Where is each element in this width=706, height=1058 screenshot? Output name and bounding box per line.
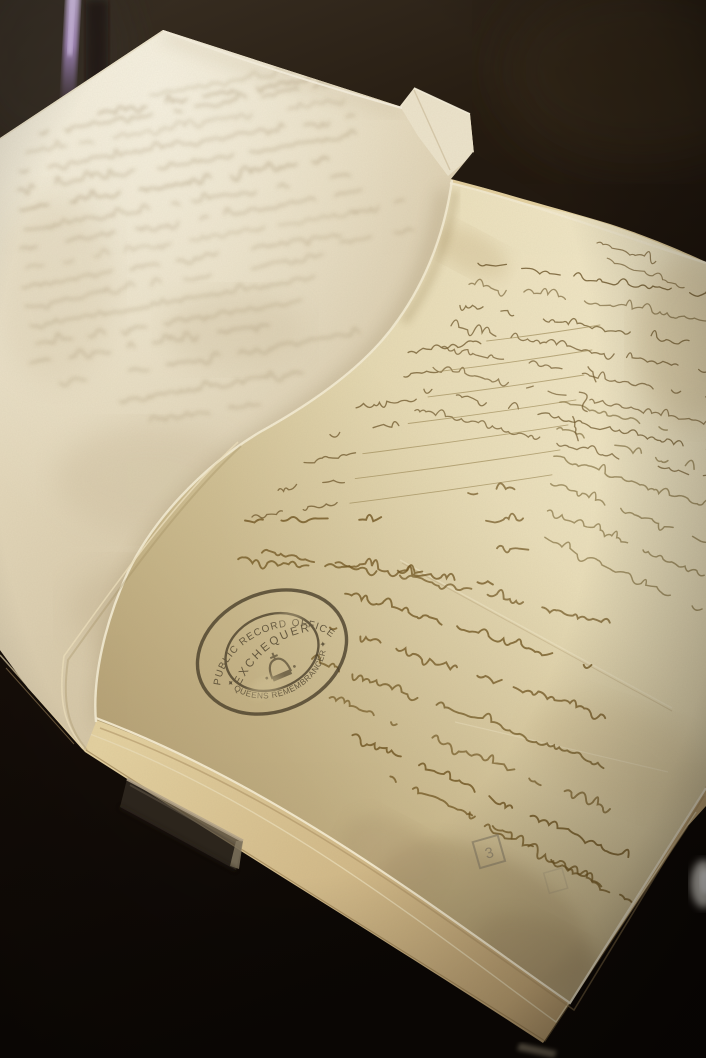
manuscript-photograph: PUBLIC RECORD OFFICE ✦ QUEENS REMEMBRANC… bbox=[0, 0, 706, 1058]
photo-frame: PUBLIC RECORD OFFICE ✦ QUEENS REMEMBRANC… bbox=[0, 0, 706, 1058]
vignette bbox=[0, 0, 706, 1058]
